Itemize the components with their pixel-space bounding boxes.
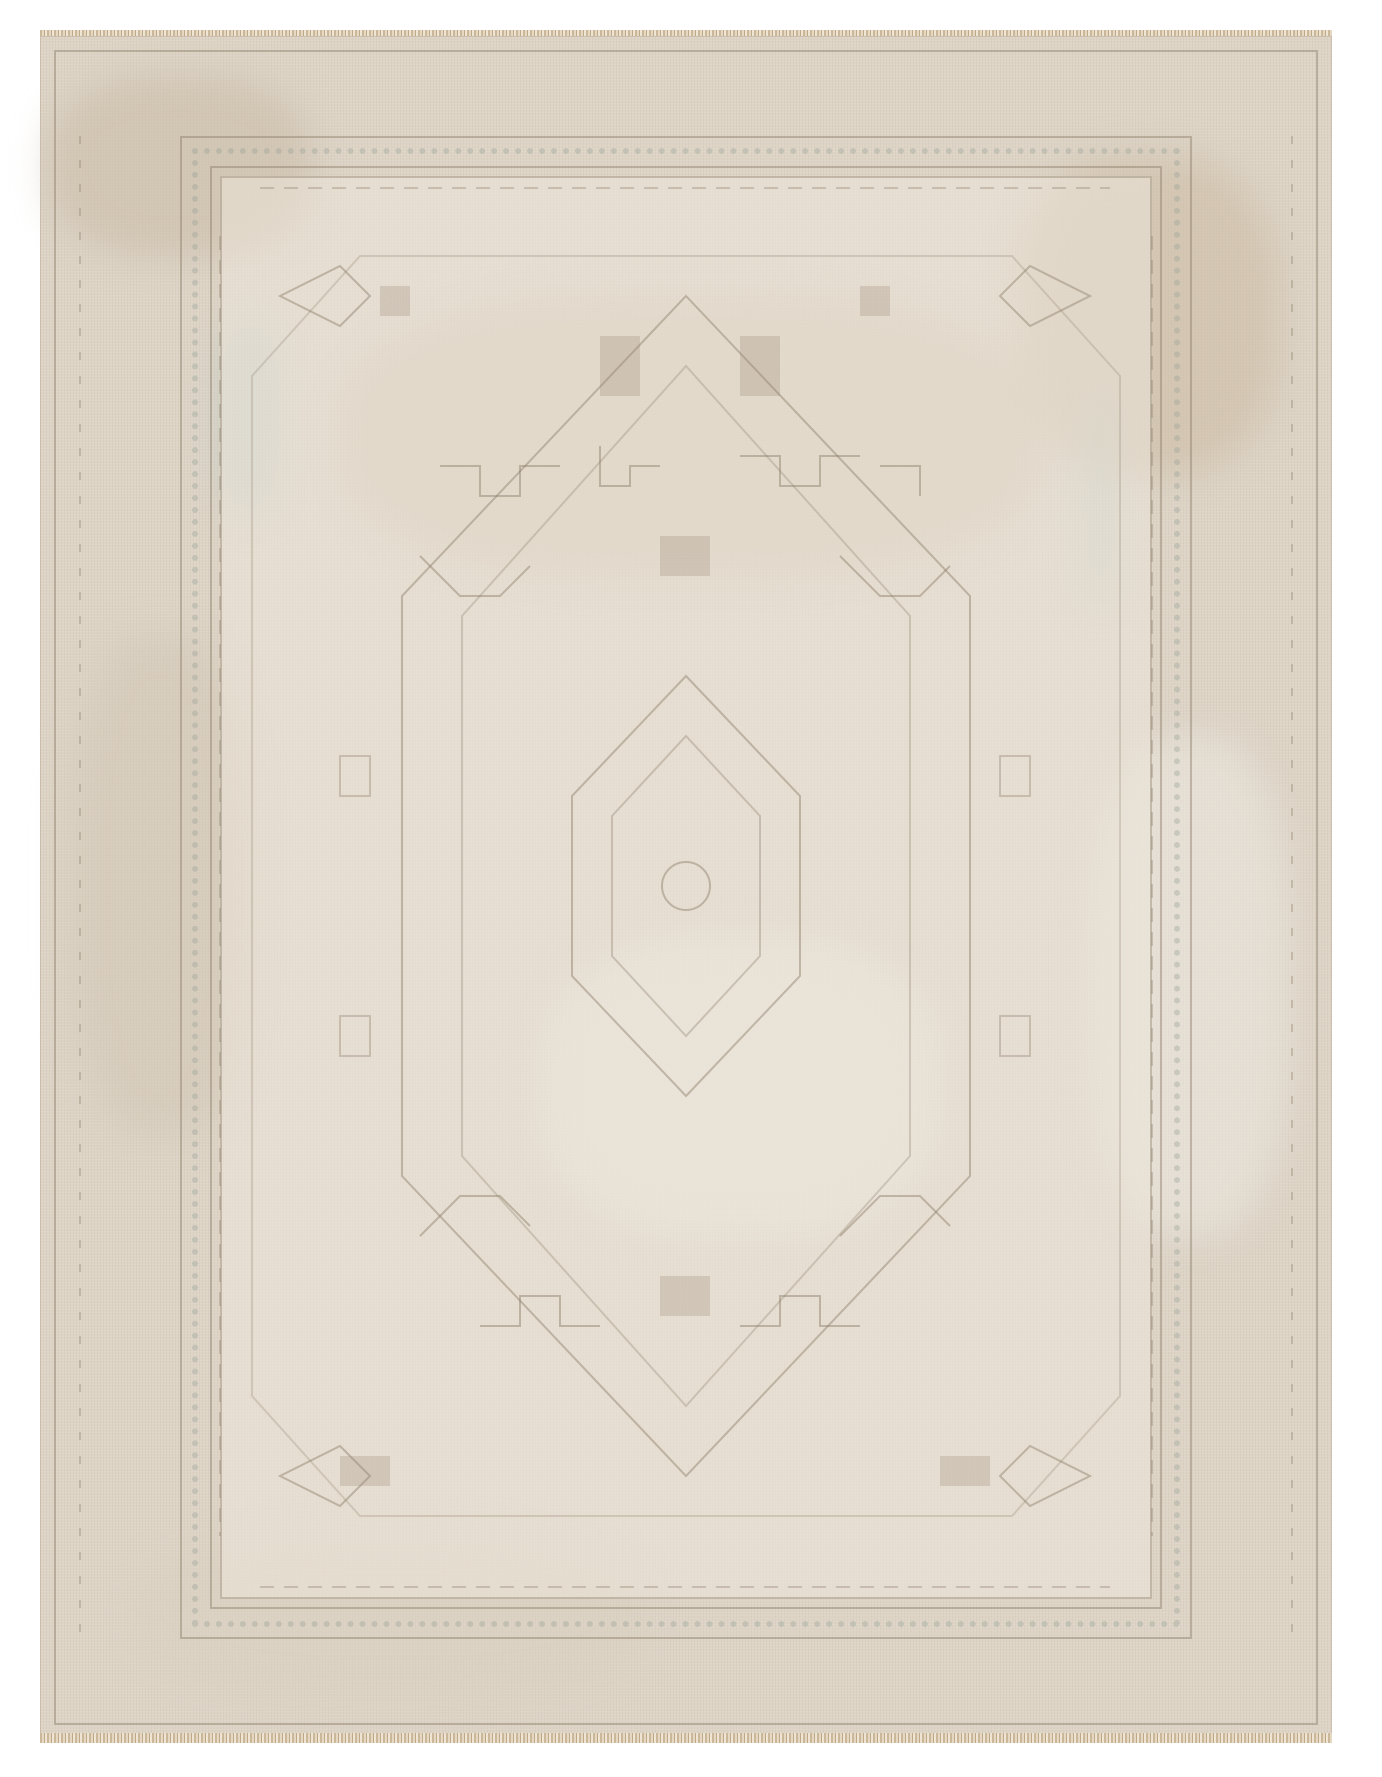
- rug-fringe-bottom: [40, 1733, 1332, 1743]
- rug: [40, 36, 1332, 1739]
- rug-pattern: [40, 36, 1332, 1739]
